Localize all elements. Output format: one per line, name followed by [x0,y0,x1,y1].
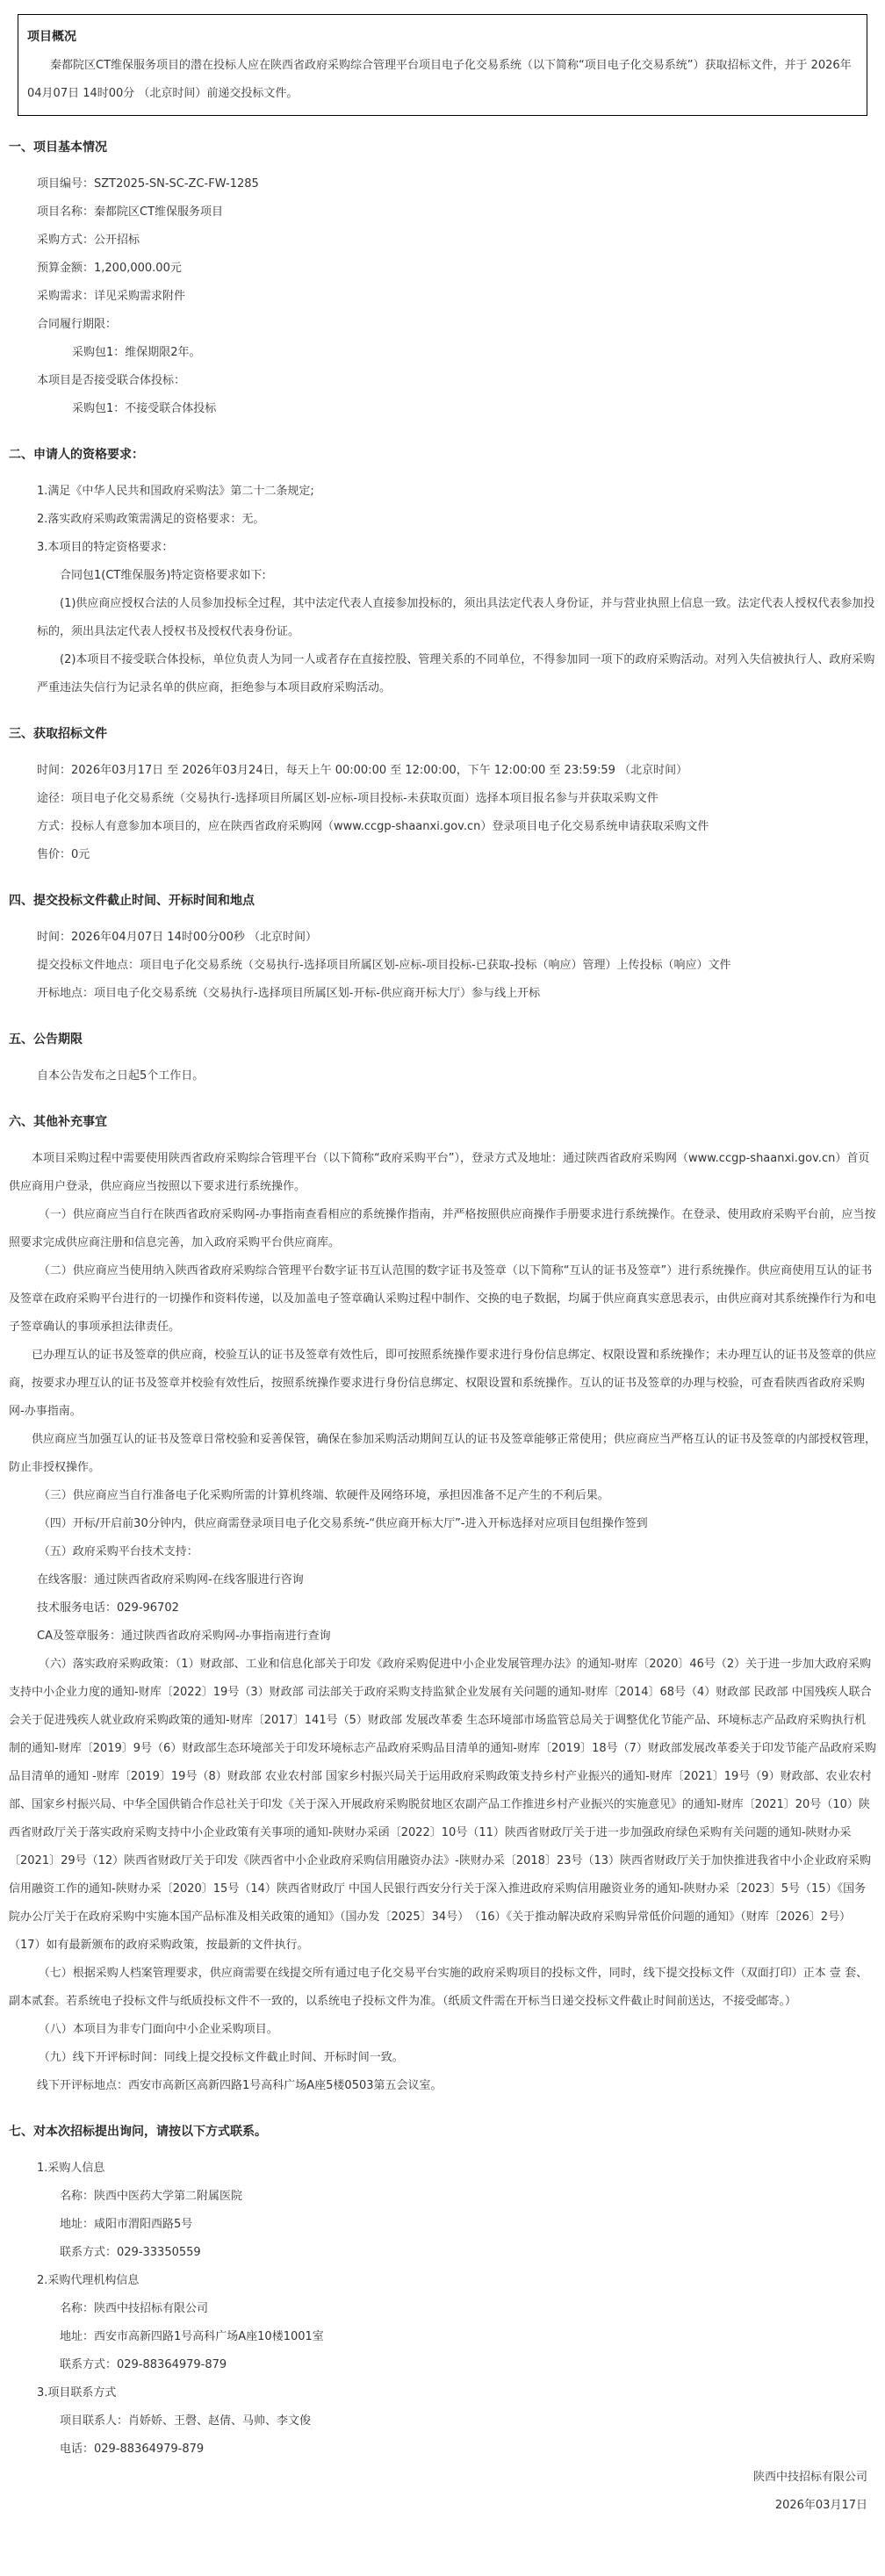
supplementary-item-5: （五）政府采购平台技术支持： [9,1538,876,1566]
procurement-requirement: 采购需求：详见采购需求附件 [9,283,876,311]
agency-heading: 2.采购代理机构信息 [9,2267,876,2295]
purchaser-name: 名称：陕西中医药大学第二附属医院 [9,2183,876,2211]
section-supplementary-title: 六、其他补充事宜 [9,1108,876,1136]
notice-period-text: 自本公告发布之日起5个工作日。 [9,1062,876,1090]
summary-text: 秦都院区CT维保服务项目的潜在投标人应在陕西省政府采购综合管理平台项目电子化交易… [27,52,858,108]
purchaser-address: 地址：咸阳市渭阳西路5号 [9,2211,876,2239]
summary-title: 项目概况 [27,22,858,52]
project-contact-people: 项目联系人：肖娇娇、王磬、赵倩、马帅、李文俊 [9,2407,876,2436]
project-number: 项目编号：SZT2025-SN-SC-ZC-FW-1285 [9,170,876,198]
tech-support-ca: CA及签章服务：通过陕西省政府采购网-办事指南进行查询 [9,1623,876,1651]
section-qualification-title: 二、申请人的资格要求： [9,441,876,469]
signature-date: 2026年03月17日 [9,2492,876,2520]
supplementary-item-4: （四）开标/开启前30分钟内，供应商需登录项目电子化交易系统-“供应商开标大厅”… [9,1510,876,1538]
package-requirement-1: (1)供应商应授权合法的人员参加投标全过程，其中法定代表人直接参加投标的，须出具… [37,590,876,646]
section-obtain-docs-title: 三、获取招标文件 [9,720,876,748]
obtain-time: 时间：2026年03月17日 至 2026年03月24日，每天上午 00:00:… [9,757,876,785]
project-summary-box: 项目概况 秦都院区CT维保服务项目的潜在投标人应在陕西省政府采购综合管理平台项目… [18,14,867,116]
section-contact-title: 七、对本次招标提出询问，请按以下方式联系。 [9,2118,876,2146]
supplementary-item-2b: 已办理互认的证书及签章的供应商，校验互认的证书及签章有效性后，即可按照系统操作要… [9,1342,876,1426]
section-basic-info-title: 一、项目基本情况 [9,133,876,162]
consortium-package: 采购包1：不接受联合体投标 [9,395,876,423]
signature-block: 陕西中技招标有限公司 2026年03月17日 [9,2464,876,2520]
opening-location: 开标地点：项目电子化交易系统（交易执行-选择项目所属区划-开标-供应商开标大厅）… [9,980,876,1008]
tender-announcement: 项目概况 秦都院区CT维保服务项目的潜在投标人应在陕西省政府采购综合管理平台项目… [0,0,885,2546]
qualification-item: 3.本项目的特定资格要求： [37,534,876,562]
supplementary-item-7: （七）根据采购人档案管理要求，供应商需要在线提交所有通过电子化交易平台实施的政府… [9,1960,876,2016]
budget-amount: 预算金额：1,200,000.00元 [9,255,876,283]
supplementary-item-8: （八）本项目为非专门面向中小企业采购项目。 [9,2016,876,2044]
supplementary-item-3: （三）供应商应当自行准备电子化采购所需的计算机终端、软硬件及网络环境，承担因准备… [9,1482,876,1510]
signature-org: 陕西中技招标有限公司 [9,2464,876,2492]
supplementary-intro: 本项目采购过程中需要使用陕西省政府采购综合管理平台（以下简称“政府采购平台”），… [9,1145,876,1201]
tech-support-phone: 技术服务电话：029-96702 [9,1594,876,1623]
supplementary-item-6-policies: （六）落实政府采购政策：（1）财政部、工业和信息化部关于印发《政府采购促进中小企… [9,1651,876,1960]
project-contact-heading: 3.项目联系方式 [9,2379,876,2407]
obtain-channel: 途径：项目电子化交易系统（交易执行-选择项目所属区划-应标-项目投标-未获取页面… [9,785,876,813]
section-notice-period-title: 五、公告期限 [9,1025,876,1054]
agency-contact: 联系方式：029-88364979-879 [9,2351,876,2379]
deadline-time: 时间：2026年04月07日 14时00分00秒 （北京时间） [9,924,876,952]
supplementary-item-1: （一）供应商应当自行在陕西省政府采购网-办事指南查看相应的系统操作指南，并严格按… [9,1201,876,1257]
purchaser-heading: 1.采购人信息 [9,2155,876,2183]
section-basic-info: 项目编号：SZT2025-SN-SC-ZC-FW-1285 项目名称：秦都院区C… [9,170,876,423]
section-deadline-title: 四、提交投标文件截止时间、开标时间和地点 [9,887,876,915]
supplementary-item-2c: 供应商应当加强互认的证书及签章日常校验和妥善保管，确保在参加采购活动期间互认的证… [9,1426,876,1482]
supplementary-item-2: （二）供应商应当使用纳入陕西省政府采购综合管理平台数字证书互认范围的数字证书及签… [9,1257,876,1342]
contract-period-label: 合同履行期限： [9,311,876,339]
project-contact-phone: 电话：029-88364979-879 [9,2436,876,2464]
contract-period-package: 采购包1：维保期限2年。 [9,339,876,367]
package-requirement-title: 合同包1(CT维保服务)特定资格要求如下: [37,562,876,590]
consortium-label: 本项目是否接受联合体投标： [9,367,876,395]
qualification-item: 2.落实政府采购政策需满足的资格要求：无。 [37,506,876,534]
offline-evaluation-location: 线下开评标地点：西安市高新区高新四路1号高科广场A座5楼0503第五会议室。 [9,2072,876,2100]
agency-name: 名称：陕西中技招标有限公司 [9,2295,876,2323]
project-name: 项目名称：秦都院区CT维保服务项目 [9,198,876,227]
tech-support-online: 在线客服：通过陕西省政府采购网-在线客服进行咨询 [9,1566,876,1594]
package-requirement-2: (2)本项目不接受联合体投标，单位负责人为同一人或者存在直接控股、管理关系的不同… [37,646,876,702]
procurement-method: 采购方式：公开招标 [9,227,876,255]
purchaser-contact: 联系方式：029-33350559 [9,2239,876,2267]
section-contact: 1.采购人信息 名称：陕西中医药大学第二附属医院 地址：咸阳市渭阳西路5号 联系… [9,2155,876,2464]
agency-address: 地址：西安市高新四路1号高科广场A座10楼1001室 [9,2323,876,2351]
section-qualification: 1.满足《中华人民共和国政府采购法》第二十二条规定; 2.落实政府采购政策需满足… [9,478,876,702]
section-supplementary: 本项目采购过程中需要使用陕西省政府采购综合管理平台（以下简称“政府采购平台”），… [9,1145,876,2100]
obtain-price: 售价：0元 [9,841,876,869]
section-deadline: 时间：2026年04月07日 14时00分00秒 （北京时间） 提交投标文件地点… [9,924,876,1008]
qualification-item: 1.满足《中华人民共和国政府采购法》第二十二条规定; [37,478,876,506]
submission-location: 提交投标文件地点：项目电子化交易系统（交易执行-选择项目所属区划-应标-项目投标… [9,952,876,980]
supplementary-item-9: （九）线下开评标时间：同线上提交投标文件截止时间、开标时间一致。 [9,2044,876,2072]
obtain-method: 方式：投标人有意参加本项目的，应在陕西省政府采购网（www.ccgp-shaan… [9,813,876,841]
section-obtain-docs: 时间：2026年03月17日 至 2026年03月24日，每天上午 00:00:… [9,757,876,869]
